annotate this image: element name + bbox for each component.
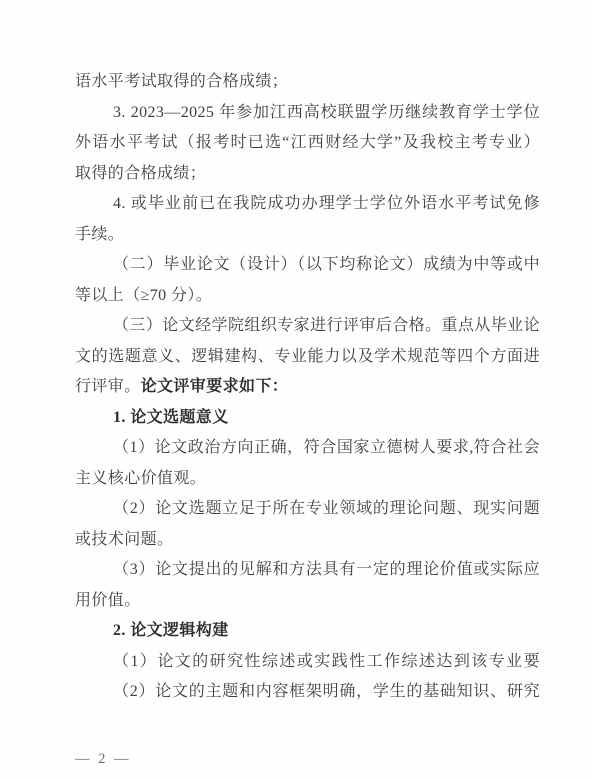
text-line: 语水平考试取得的合格成绩； xyxy=(75,67,540,98)
bold-text-segment: 论文评审要求如下： xyxy=(141,378,289,395)
text-line: 用价值。 xyxy=(75,586,540,617)
text-line: 手续。 xyxy=(75,220,540,251)
text-segment: 行评审。 xyxy=(75,378,141,395)
section-heading-line: 1. 论文选题意义 xyxy=(75,403,540,434)
text-line: 主义核心价值观。 xyxy=(75,464,540,495)
text-line: 文的选题意义、逻辑建构、专业能力以及学术规范等四个方面进 xyxy=(75,342,540,373)
text-line: 或技术问题。 xyxy=(75,525,540,556)
text-line: 行评审。论文评审要求如下： xyxy=(75,372,540,403)
text-line: （三）论文经学院组织专家进行评审后合格。重点从毕业论 xyxy=(75,311,540,342)
text-line: （2）论文选题立足于所在专业领域的理论问题、现实问题 xyxy=(75,494,540,525)
text-line: （3）论文提出的见解和方法具有一定的理论价值或实际应 xyxy=(75,555,540,586)
text-line: 4. 或毕业前已在我院成功办理学士学位外语水平考试免修 xyxy=(75,189,540,220)
text-line: 取得的合格成绩； xyxy=(75,159,540,190)
text-line: （1）论文的研究性综述或实践性工作综述达到该专业要求。 xyxy=(75,647,540,678)
text-line: （二）毕业论文（设计）（以下均称论文）成绩为中等或中 xyxy=(75,250,540,281)
section-heading-line: 2. 论文逻辑构建 xyxy=(75,616,540,647)
text-line: （2）论文的主题和内容框架明确，学生的基础知识、研究 xyxy=(75,677,540,708)
page-number: — 2 — xyxy=(75,748,131,770)
text-line: 等以上（≥70 分）。 xyxy=(75,281,540,312)
text-line: 外语水平考试（报考时已选“江西财经大学”及我校主考专业） xyxy=(75,128,540,159)
text-line: （1）论文政治方向正确，符合国家立德树人要求,符合社会 xyxy=(75,433,540,464)
document-page: 语水平考试取得的合格成绩； 3. 2023—2025 年参加江西高校联盟学历继续… xyxy=(0,0,592,781)
text-line: 3. 2023—2025 年参加江西高校联盟学历继续教育学士学位 xyxy=(75,98,540,129)
document-text-block: 语水平考试取得的合格成绩； 3. 2023—2025 年参加江西高校联盟学历继续… xyxy=(75,67,540,708)
